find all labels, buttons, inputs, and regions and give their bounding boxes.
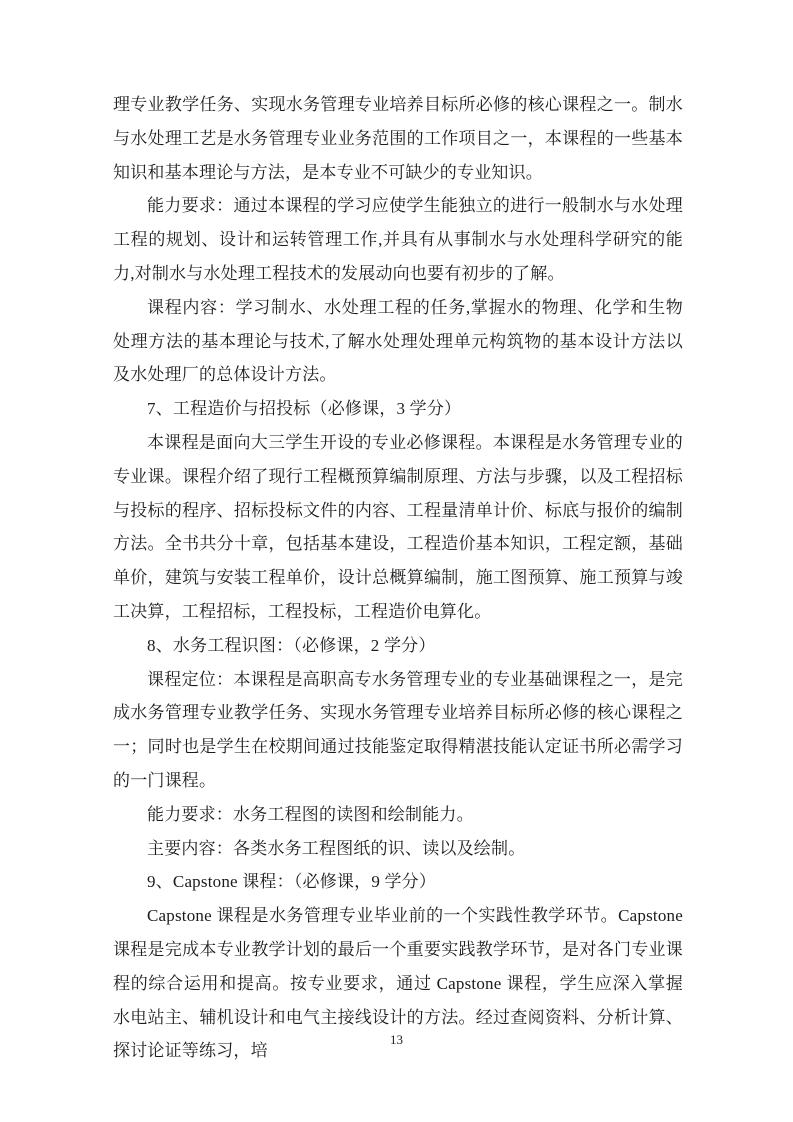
paragraph-course8-main-content: 主要内容：各类水务工程图纸的识、读以及绘制。 [113, 832, 683, 866]
item-heading-course8: 8、水务工程识图：（必修课，2 学分） [113, 629, 683, 663]
paragraph-course-content-course6: 课程内容：学习制水、水处理工程的任务,掌握水的物理、化学和生物处理方法的基本理论… [113, 291, 683, 392]
page-number: 13 [0, 1030, 793, 1050]
document-text-block: 理专业教学任务、实现水务管理专业培养目标所必修的核心课程之一。制水与水处理工艺是… [113, 88, 683, 1068]
item-heading-course7: 7、工程造价与招投标（必修课，3 学分） [113, 392, 683, 426]
paragraph-course8-ability: 能力要求：水务工程图的读图和绘制能力。 [113, 798, 683, 832]
paragraph-course7-description: 本课程是面向大三学生开设的专业必修课程。本课程是水务管理专业的专业课。课程介绍了… [113, 426, 683, 629]
document-page: 理专业教学任务、实现水务管理专业培养目标所必修的核心课程之一。制水与水处理工艺是… [0, 0, 793, 1122]
paragraph-continuation: 理专业教学任务、实现水务管理专业培养目标所必修的核心课程之一。制水与水处理工艺是… [113, 88, 683, 189]
paragraph-course8-positioning: 课程定位：本课程是高职高专水务管理专业的专业基础课程之一，是完成水务管理专业教学… [113, 663, 683, 798]
item-heading-course9: 9、Capstone 课程：（必修课，9 学分） [113, 865, 683, 899]
paragraph-ability-requirements-course6: 能力要求：通过本课程的学习应使学生能独立的进行一般制水与水处理工程的规划、设计和… [113, 189, 683, 290]
